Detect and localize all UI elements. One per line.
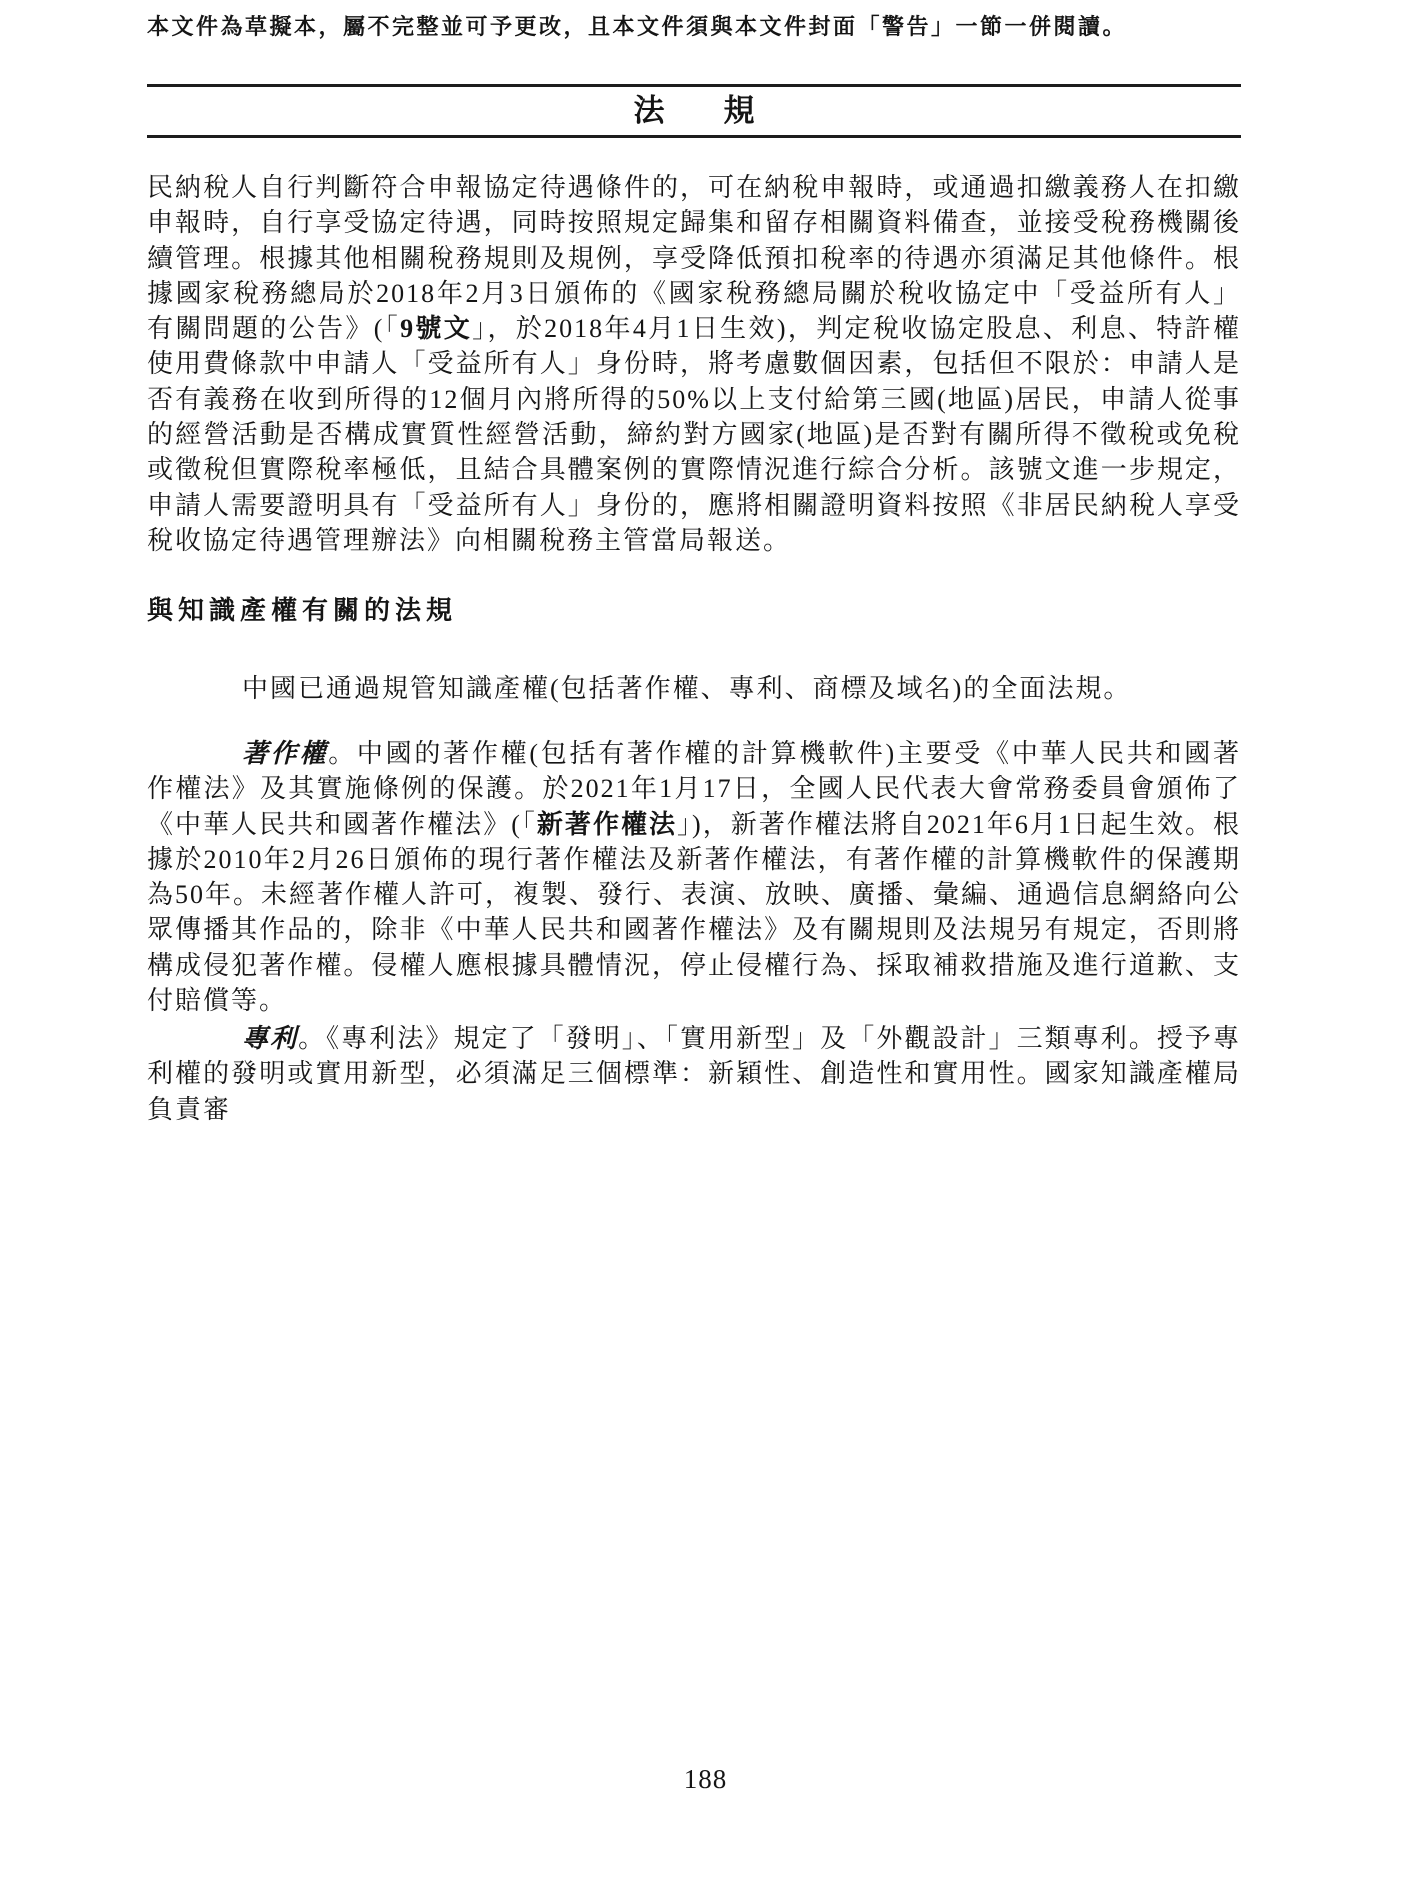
paragraph-copyright: 著作權。中國的著作權(包括有著作權的計算機軟件)主要受《中華人民共和國著作權法》… xyxy=(147,736,1241,1018)
title-band: 法 規 xyxy=(147,84,1241,138)
lead-term-patent: 專利 xyxy=(242,1024,298,1053)
page-number: 188 xyxy=(0,1763,1411,1795)
text-segment: 」，於2018年4月1日生效)，判定稅收協定股息、利息、特許權使用費條款中申請人… xyxy=(147,314,1241,555)
section-heading-ip-laws: 與知識產權有關的法規 xyxy=(147,593,457,628)
text-segment: 。《專利法》規定了「發明」、「實用新型」及「外觀設計」三類專利。授予專利權的發明… xyxy=(147,1024,1241,1124)
document-page: 本文件為草擬本，屬不完整並可予更改，且本文件須與本文件封面「警告」一節一併閱讀。… xyxy=(0,0,1411,1881)
defined-term-new-copyright-law: 新著作權法 xyxy=(537,810,677,839)
paragraph-patent: 專利。《專利法》規定了「發明」、「實用新型」及「外觀設計」三類專利。授予專利權的… xyxy=(147,1021,1241,1127)
lead-term-copyright: 著作權 xyxy=(242,739,328,768)
text-segment: 」)，新著作權法將自2021年6月1日起生效。根據於2010年2月26日頒佈的現… xyxy=(147,810,1241,1015)
draft-disclaimer: 本文件為草擬本，屬不完整並可予更改，且本文件須與本文件封面「警告」一節一併閱讀。 xyxy=(147,12,1241,42)
paragraph-ip-overview: 中國已通過規管知識產權(包括著作權、專利、商標及域名)的全面法規。 xyxy=(147,671,1241,706)
paragraph-tax-treaty: 民納稅人自行判斷符合申報協定待遇條件的，可在納稅申報時，或通過扣繳義務人在扣繳申… xyxy=(147,170,1241,558)
defined-term-circular-9: 9號文 xyxy=(400,314,472,343)
page-title: 法 規 xyxy=(147,87,1241,135)
